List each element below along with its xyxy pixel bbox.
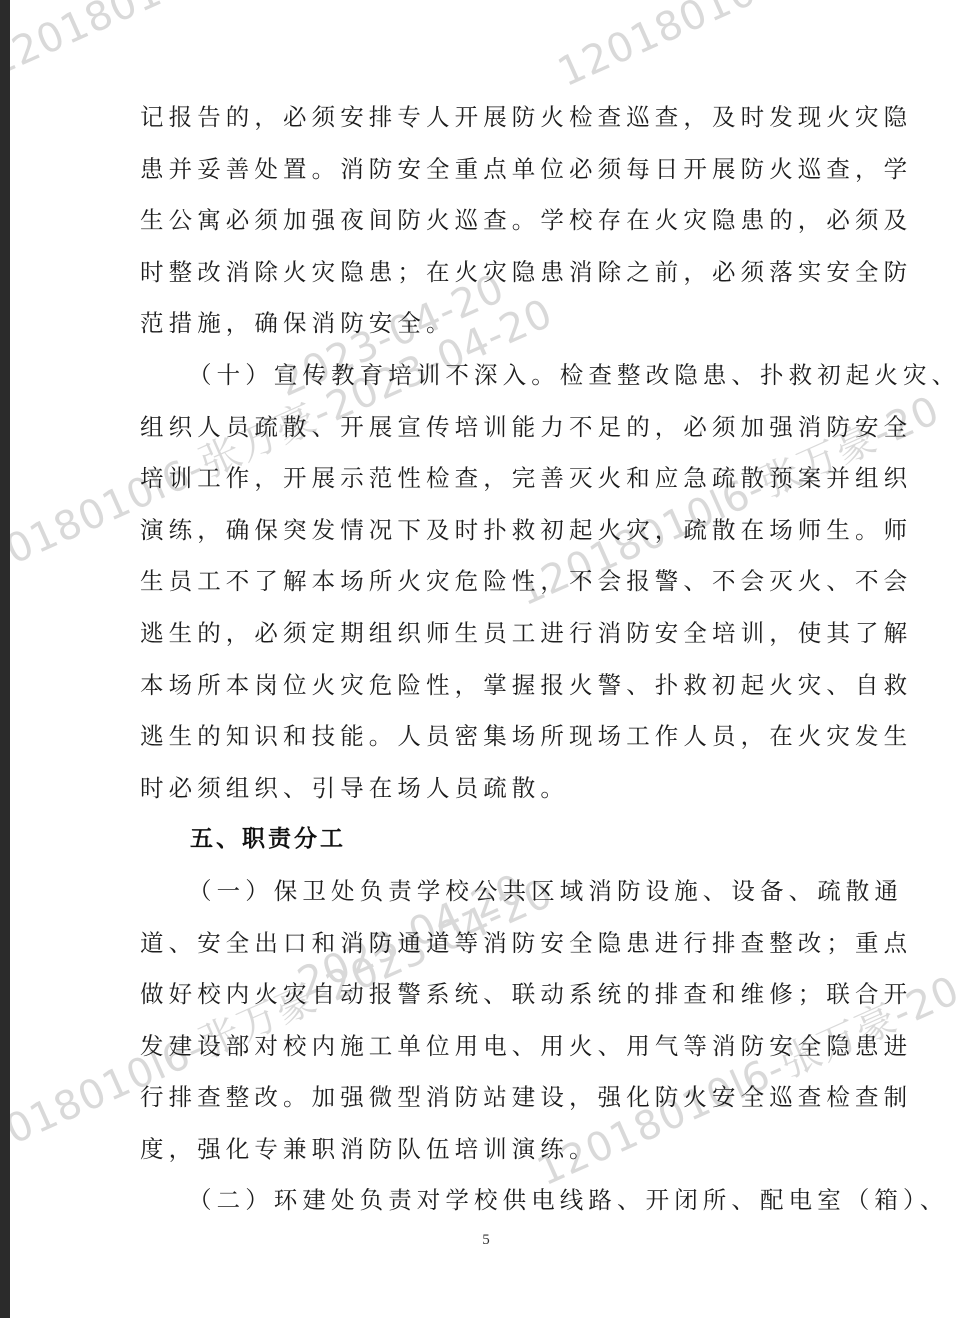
page-number: 5 (10, 1232, 962, 1249)
text-line: 患并妥善处置。消防安全重点单位必须每日开展防火巡查，学 (140, 144, 844, 196)
section-heading: 五、职责分工 (140, 814, 844, 866)
text-line: 逃生的知识和技能。人员密集场所现场工作人员，在火灾发生 (140, 711, 844, 763)
watermark-text: 12018010 (10, 0, 193, 86)
text-line: 时必须组织、引导在场人员疏散。 (140, 763, 844, 815)
text-line: （十）宣传教育培训不深入。检查整改隐患、扑救初起火灾、 (140, 350, 844, 402)
text-line: 度，强化专兼职消防队伍培训演练。 (140, 1124, 844, 1176)
watermark-text: 12018010 (551, 0, 763, 96)
text-line: 培训工作，开展示范性检查，完善灭火和应急疏散预案并组织 (140, 453, 844, 505)
paragraph-continuation: 记报告的，必须安排专人开展防火检查巡查，及时发现火灾隐 患并妥善处置。消防安全重… (140, 92, 844, 350)
text-line: 行排查整改。加强微型消防站建设，强化防火安全巡查检查制 (140, 1072, 844, 1124)
text-line: （二）环建处负责对学校供电线路、开闭所、配电室（箱）、 (140, 1175, 844, 1227)
paragraph-item-10: （十）宣传教育培训不深入。检查整改隐患、扑救初起火灾、 组织人员疏散、开展宣传培… (140, 350, 844, 814)
text-line: 组织人员疏散、开展宣传培训能力不足的，必须加强消防安全 (140, 402, 844, 454)
text-line: 发建设部对校内施工单位用电、用火、用气等消防安全隐患进 (140, 1021, 844, 1073)
text-line: 时整改消除火灾隐患；在火灾隐患消除之前，必须落实安全防 (140, 247, 844, 299)
text-line: 记报告的，必须安排专人开展防火检查巡查，及时发现火灾隐 (140, 92, 844, 144)
text-line: （一）保卫处负责学校公共区域消防设施、设备、疏散通 (140, 866, 844, 918)
text-line: 逃生的，必须定期组织师生员工进行消防安全培训，使其了解 (140, 608, 844, 660)
paragraph-item-1: （一）保卫处负责学校公共区域消防设施、设备、疏散通 道、安全出口和消防通道等消防… (140, 866, 844, 1176)
text-line: 道、安全出口和消防通道等消防安全隐患进行排查整改；重点 (140, 918, 844, 970)
text-line: 生公寓必须加强夜间防火巡查。学校存在火灾隐患的，必须及 (140, 195, 844, 247)
document-page: 12018010120180102023-04-2012018010l6-张万豪… (10, 0, 962, 1318)
document-body: 记报告的，必须安排专人开展防火检查巡查，及时发现火灾隐 患并妥善处置。消防安全重… (140, 92, 844, 1227)
text-line: 做好校内火灾自动报警系统、联动系统的排查和维修；联合开 (140, 969, 844, 1021)
viewer-left-border (0, 0, 10, 1318)
text-line: 范措施，确保消防安全。 (140, 298, 844, 350)
paragraph-item-2: （二）环建处负责对学校供电线路、开闭所、配电室（箱）、 (140, 1175, 844, 1227)
text-line: 本场所本岗位火灾危险性，掌握报火警、扑救初起火灾、自救 (140, 660, 844, 712)
text-line: 演练，确保突发情况下及时扑救初起火灾，疏散在场师生。师 (140, 505, 844, 557)
text-line: 生员工不了解本场所火灾危险性，不会报警、不会灭火、不会 (140, 556, 844, 608)
